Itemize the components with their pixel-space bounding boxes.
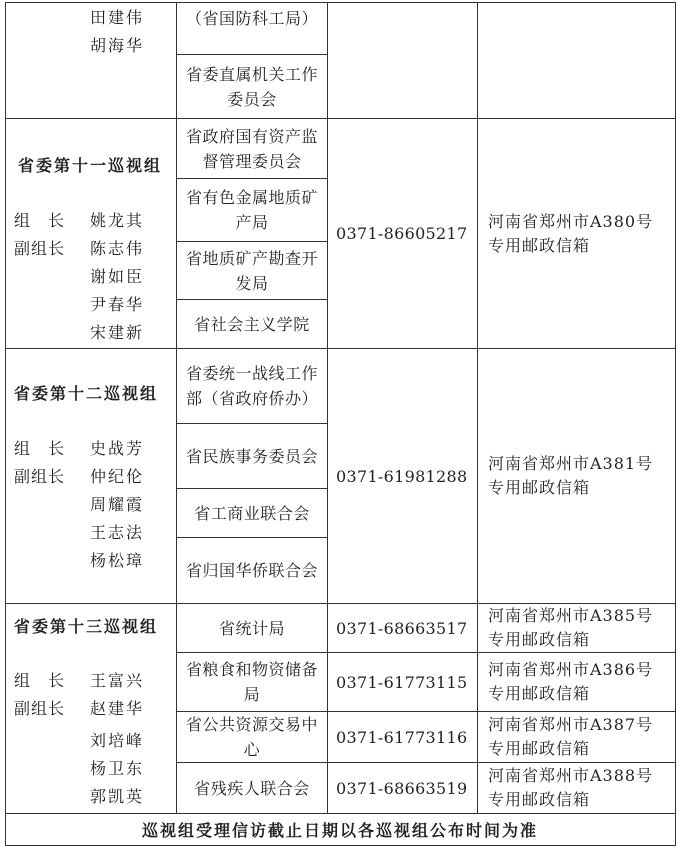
deputy-label: 副组长 [14, 235, 86, 263]
group-member: 刘培峰 [90, 727, 144, 755]
group-member: 王志法 [90, 519, 144, 547]
group-leader: 姚龙其 [90, 207, 144, 235]
org-cell: 省残疾人联合会 [177, 763, 327, 813]
group-member: 杨松璋 [90, 547, 144, 575]
leader-row: 组 长 [14, 667, 86, 695]
org-cell: 省地质矿产勘查开发局 [177, 242, 327, 299]
phone-cell: 0371-61773115 [328, 653, 477, 711]
group-member: 郭凯英 [90, 783, 144, 811]
footer-note: 巡视组受理信访截止日期以各巡视组公布时间为准 [5, 814, 675, 845]
deputy-row: 副组长 [14, 695, 86, 723]
phone-cell: 0371-61773116 [328, 712, 477, 762]
group-title: 省委第十二巡视组 [14, 381, 158, 404]
org-cell: 省公共资源交易中心 [177, 712, 327, 762]
address-cell: 河南省郑州市A387号专用邮政信箱 [478, 712, 675, 762]
phone-cell: 0371-61981288 [328, 349, 477, 603]
org-cell: 省社会主义学院 [177, 300, 327, 348]
org-cell: 省粮食和物资储备局 [177, 653, 327, 711]
org-cell: 省工商业联合会 [177, 489, 327, 537]
phone-cell: 0371-86605217 [328, 119, 477, 348]
group-member: 杨卫东 [90, 755, 144, 783]
org-cell: 省委直属机关工作委员会 [177, 55, 327, 118]
address-cell: 河南省郑州市A386号专用邮政信箱 [478, 653, 675, 711]
group-member: 谢如臣 [90, 263, 144, 291]
deputy-label: 副组长 [14, 695, 86, 723]
deputy-row: 副组长 [14, 235, 86, 263]
org-cell: 省统计局 [177, 604, 327, 652]
address-cell: 河南省郑州市A388号专用邮政信箱 [478, 763, 675, 813]
leader-row: 组 长 [14, 435, 86, 463]
table-border-top [5, 2, 676, 3]
group-member: 仲纪伦 [90, 463, 144, 491]
group-member: 宋建新 [90, 319, 144, 347]
address-cell: 河南省郑州市A385号专用邮政信箱 [478, 604, 675, 652]
phone-cell: 0371-68663519 [328, 763, 477, 813]
group-member: 田建伟 [90, 4, 144, 32]
org-cell: 省政府国有资产监督管理委员会 [177, 119, 327, 178]
group-leader: 王富兴 [90, 667, 144, 695]
leader-label: 组 长 [14, 207, 86, 235]
deputy-row: 副组长 [14, 463, 86, 491]
table-border-right [675, 2, 676, 846]
org-cell: 省委统一战线工作部（省政府侨办） [177, 349, 327, 423]
group-title: 省委第十一巡视组 [18, 153, 162, 176]
group-member: 陈志伟 [90, 235, 144, 263]
group-member: 胡海华 [90, 32, 144, 60]
org-cell: 省有色金属地质矿产局 [177, 179, 327, 241]
table-border-bottom [5, 845, 676, 846]
org-cell: （省国防科工局） [177, 3, 327, 33]
group-title: 省委第十三巡视组 [14, 614, 158, 637]
address-cell: 河南省郑州市A380号专用邮政信箱 [478, 119, 675, 348]
group-member: 周耀霞 [90, 491, 144, 519]
leader-label: 组 长 [14, 435, 86, 463]
address-cell: 河南省郑州市A381号专用邮政信箱 [478, 349, 675, 603]
group-member: 尹春华 [90, 291, 144, 319]
deputy-label: 副组长 [14, 463, 86, 491]
table-border-left [5, 2, 6, 846]
group-member: 赵建华 [90, 695, 144, 723]
leader-label: 组 长 [14, 667, 86, 695]
org-cell: 省归国华侨联合会 [177, 538, 327, 603]
group-leader: 史战芳 [90, 435, 144, 463]
phone-cell: 0371-68663517 [328, 604, 477, 652]
org-cell: 省民族事务委员会 [177, 424, 327, 488]
leader-row: 组 长 [14, 207, 86, 235]
